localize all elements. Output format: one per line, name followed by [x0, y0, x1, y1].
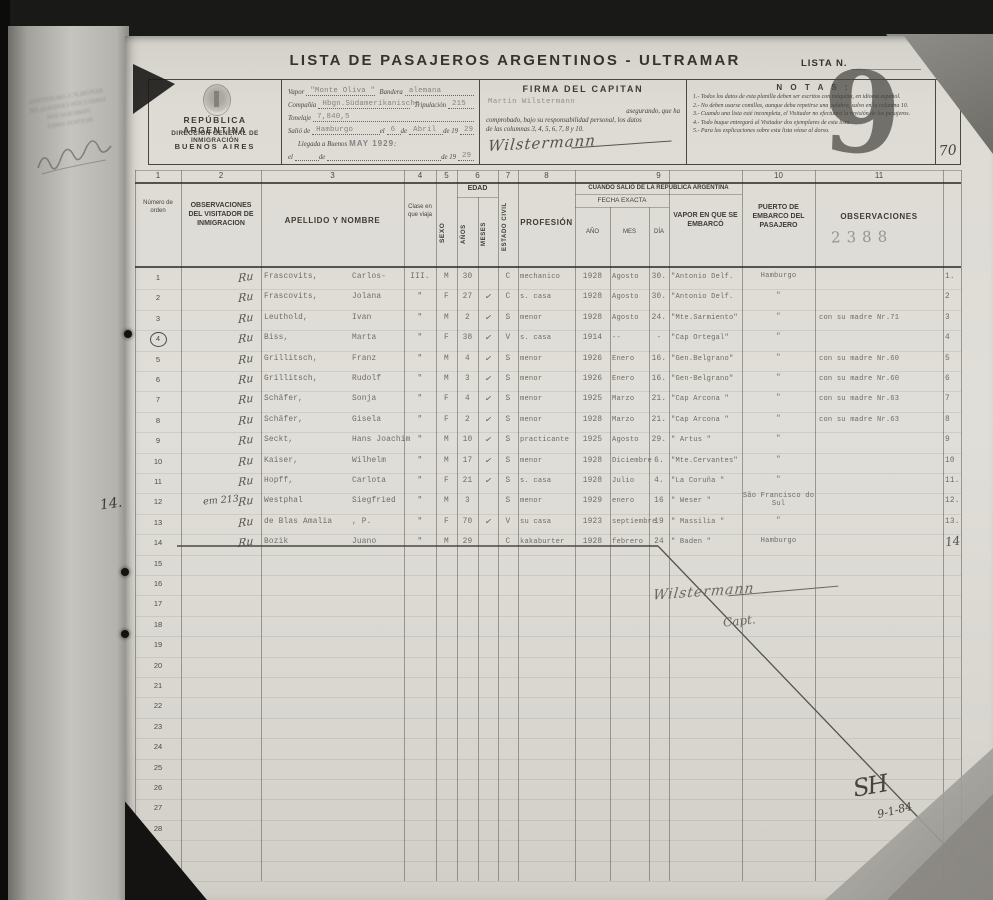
passenger-list-sheet: LISTA DE PASAJEROS ARGENTINOS - ULTRAMAR…: [125, 36, 993, 900]
archivist-initials: SH: [851, 769, 889, 802]
margin-note: 14.: [99, 495, 123, 514]
punch-hole: [121, 630, 129, 638]
ruled-lines: [125, 36, 993, 900]
previous-page: REPÚBLICA ARGENTINA DIRECCIÓN GENERAL DE…: [8, 26, 129, 900]
punch-hole: [121, 568, 129, 576]
scanned-book-spread: REPÚBLICA ARGENTINA DIRECCIÓN GENERAL DE…: [0, 0, 993, 900]
ghost-text: REPÚBLICA ARGENTINA DIRECCIÓN GENERAL DE…: [10, 83, 126, 136]
pencil-scribble: [32, 134, 122, 184]
punch-hole: [124, 330, 132, 338]
